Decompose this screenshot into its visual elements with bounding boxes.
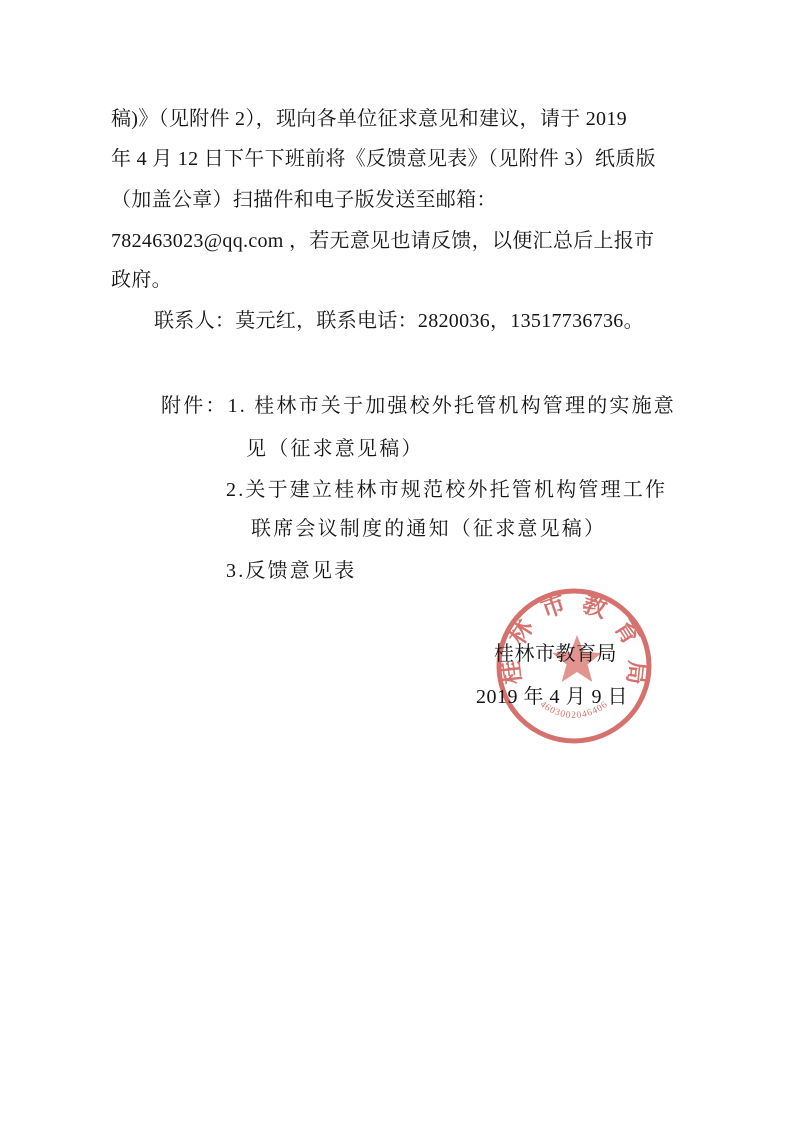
attachment-line: 3.反馈意见表: [226, 560, 356, 582]
body-line: 年 4 月 12 日下午下班前将《反馈意见表》（见附件 3）纸质版: [111, 148, 656, 170]
document-page: { "document": { "paragraph1": { "line1":…: [0, 0, 794, 1123]
body-line-email: 782463023@qq.com ，若无意见也请反馈，以便汇总后上报市: [111, 230, 654, 252]
contact-line: 联系人：莫元红，联系电话：2820036，13517736736。: [154, 310, 644, 332]
body-line: 稿)》（见附件 2），现向各单位征求意见和建议，请于 2019: [111, 108, 627, 130]
attachment-line: 联席会议制度的通知（征求意见稿）: [251, 518, 606, 540]
signature-org: 桂林市教育局: [494, 643, 617, 665]
official-seal: 桂 林 市 教 育 局 4603002046406: [489, 581, 659, 751]
seal-ring-char: 教: [579, 590, 611, 624]
body-line: （加盖公章）扫描件和电子版发送至邮箱：: [111, 189, 497, 211]
signature-date: 2019 年 4 月 9 日: [476, 686, 628, 708]
seal-ring-char: 局: [621, 659, 650, 686]
attachment-line: 2.关于建立桂林市规范校外托管机构管理工作: [226, 479, 667, 501]
attachment-line: 附件：1. 桂林市关于加强校外托管机构管理的实施意: [161, 395, 676, 417]
page-background: 稿)》（见附件 2），现向各单位征求意见和建议，请于 2019 年 4 月 12…: [0, 0, 794, 1123]
attachment-line: 见（征求意见稿）: [246, 438, 424, 460]
body-line: 政府。: [111, 269, 172, 291]
